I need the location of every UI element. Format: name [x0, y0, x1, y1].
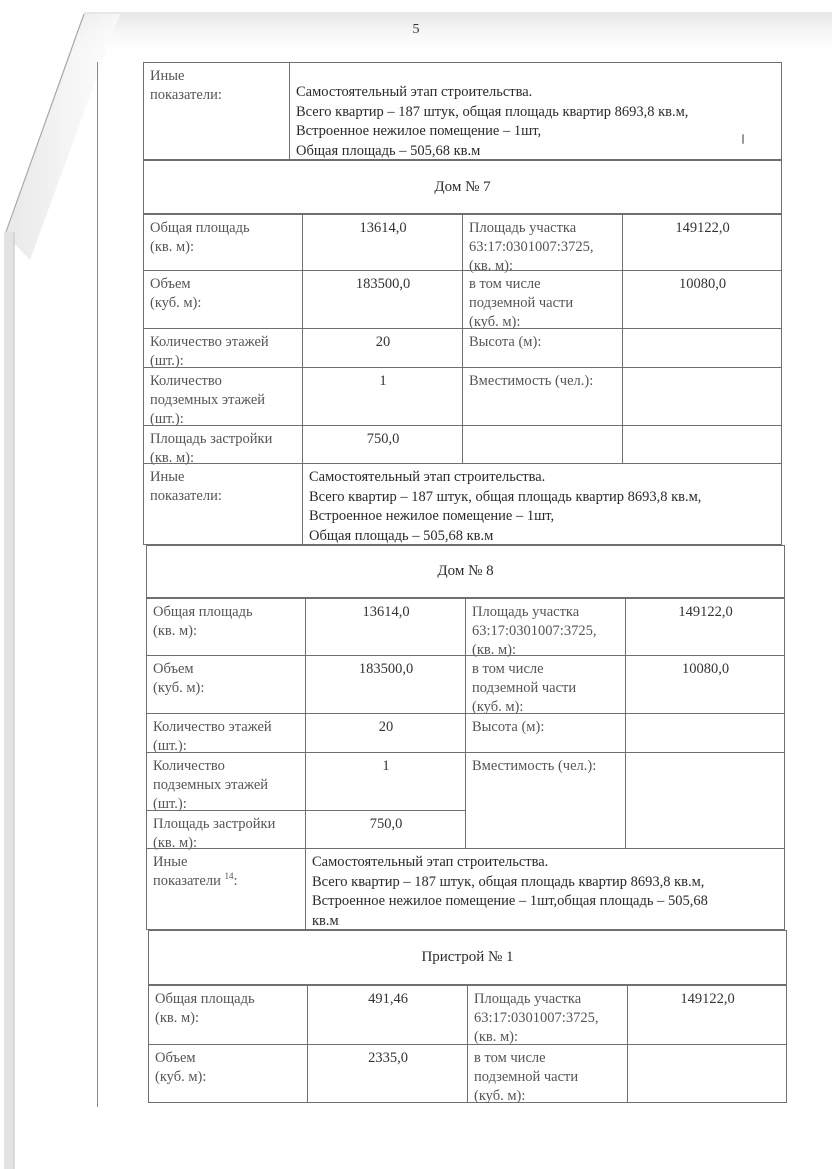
- text-line: Иные: [153, 853, 300, 872]
- plot-area-value: 149122,0: [625, 598, 785, 656]
- table-left-border: [97, 62, 98, 1107]
- text-line: Площадь участка: [472, 603, 620, 622]
- text-line: Количество: [153, 757, 300, 776]
- text-line: Количество этажей: [150, 333, 297, 352]
- underground-volume-label: в том числеподземной части(куб. м):: [462, 270, 623, 329]
- text-line: 63:17:0301007:3725,: [472, 622, 620, 641]
- text-line: Вместимость (чел.):: [472, 757, 620, 776]
- text-line: (куб. м):: [150, 294, 297, 313]
- underground-volume-label: в том числеподземной части(куб. м):: [467, 1044, 628, 1103]
- building-area-label: Площадь застройки(кв. м):: [143, 425, 303, 464]
- total-area-value: 491,46: [307, 985, 468, 1045]
- text-line: Всего квартир – 187 штук, общая площадь …: [309, 488, 776, 508]
- other-indicators-value: Самостоятельный этап строительства.Всего…: [305, 848, 785, 930]
- text-line: Всего квартир – 187 штук, общая площадь …: [312, 873, 779, 893]
- note-line: Всего квартир – 187 штук, общая площадь …: [296, 103, 776, 123]
- plot-area-value: 149122,0: [627, 985, 787, 1045]
- label-text: показатели:: [150, 488, 222, 504]
- height-label: Высота (м):: [462, 328, 623, 368]
- floors-label: Количество этажей(шт.):: [146, 713, 306, 753]
- capacity-label: Вместимость (чел.):: [462, 367, 623, 426]
- text-line: 63:17:0301007:3725,: [469, 238, 617, 257]
- other-indicators-label: Иные показатели:: [143, 62, 290, 160]
- note-line: Общая площадь – 505,68 кв.м: [296, 142, 776, 162]
- section-title: Пристрой № 1: [148, 930, 787, 985]
- underground-volume-label: в том числеподземной части(куб. м):: [465, 655, 626, 714]
- volume-label: Объем(куб. м):: [148, 1044, 308, 1103]
- text-line: Самостоятельный этап строительства.: [309, 468, 776, 488]
- text-line: показатели:: [150, 487, 297, 506]
- capacity-label: Вместимость (чел.):: [465, 752, 626, 849]
- text-line: подземной части: [472, 679, 620, 698]
- floors-label: Количество этажей(шт.):: [143, 328, 303, 368]
- plot-area-value: 149122,0: [622, 214, 782, 271]
- text-line: (куб. м):: [474, 1087, 622, 1106]
- text-line: Объем: [155, 1049, 302, 1068]
- text-line: Самостоятельный этап строительства.: [312, 853, 779, 873]
- text-line: Площадь участка: [474, 990, 622, 1009]
- note-line: Самостоятельный этап строительства.: [296, 83, 776, 103]
- volume-label: Объем(куб. м):: [143, 270, 303, 329]
- text-line: Встроенное нежилое помещение – 1шт,общая…: [312, 892, 779, 912]
- text-line: в том числе: [469, 275, 617, 294]
- note-line: Встроенное нежилое помещение – 1шт,: [296, 122, 776, 142]
- label-text: показатели: [153, 873, 221, 889]
- underground-floors-label: Количествоподземных этажей(шт.):: [146, 752, 306, 811]
- text-line: Количество: [150, 372, 297, 391]
- plot-area-label: Площадь участка63:17:0301007:3725,(кв. м…: [467, 985, 628, 1045]
- text-line: Площадь участка: [469, 219, 617, 238]
- label-line: показатели:: [150, 86, 284, 105]
- other-indicators-label: Иныепоказатели:: [143, 463, 303, 545]
- text-line: Общая площадь – 505,68 кв.м: [309, 527, 776, 547]
- volume-value: 183500,0: [302, 270, 463, 329]
- other-indicators-value: Самостоятельный этап строительства.Всего…: [302, 463, 782, 545]
- underground-volume-value: [627, 1044, 787, 1103]
- text-line: Общая площадь: [155, 990, 302, 1009]
- text-line: Иные: [150, 468, 297, 487]
- text-line: (кв. м):: [155, 1009, 302, 1028]
- capacity-value: [622, 367, 782, 426]
- height-label: Высота (м):: [465, 713, 626, 753]
- text-line: Общая площадь: [150, 219, 297, 238]
- empty-cell: [462, 425, 623, 464]
- empty-cell: [622, 425, 782, 464]
- volume-label: Объем(куб. м):: [146, 655, 306, 714]
- text-line: Объем: [153, 660, 300, 679]
- text-line: 63:17:0301007:3725,: [474, 1009, 622, 1028]
- text-line: (кв. м):: [150, 238, 297, 257]
- text-line: Общая площадь: [153, 603, 300, 622]
- building-area-value: 750,0: [302, 425, 463, 464]
- underground-volume-value: 10080,0: [622, 270, 782, 329]
- other-indicators-value: Самостоятельный этап строительства. Всег…: [289, 62, 782, 160]
- volume-value: 2335,0: [307, 1044, 468, 1103]
- text-line: Количество этажей: [153, 718, 300, 737]
- section-title: Дом № 7: [143, 160, 782, 214]
- total-area-label: Общая площадь(кв. м):: [148, 985, 308, 1045]
- underground-floors-label: Количествоподземных этажей(шт.):: [143, 367, 303, 426]
- text-line: Объем: [150, 275, 297, 294]
- plot-area-label: Площадь участка63:17:0301007:3725,(кв. м…: [462, 214, 623, 271]
- other-indicators-label: Иныепоказатели 14:: [146, 848, 306, 930]
- text-line: кв.м: [312, 912, 779, 932]
- floors-value: 20: [302, 328, 463, 368]
- text-line: Вместимость (чел.):: [469, 372, 617, 391]
- text-line: показатели 14:: [153, 872, 300, 891]
- total-area-label: Общая площадь(кв. м):: [146, 598, 306, 656]
- text-line: подземных этажей: [153, 776, 300, 795]
- height-value: [625, 713, 785, 753]
- text-line: Площадь застройки: [150, 430, 297, 449]
- floors-value: 20: [305, 713, 466, 753]
- text-line: Встроенное нежилое помещение – 1шт,: [309, 507, 776, 527]
- text-line: (куб. м):: [155, 1068, 302, 1087]
- capacity-value: [625, 752, 785, 849]
- text-line: Площадь застройки: [153, 815, 300, 834]
- text-line: (кв. м):: [153, 622, 300, 641]
- height-value: [622, 328, 782, 368]
- plot-area-label: Площадь участка63:17:0301007:3725,(кв. м…: [465, 598, 626, 656]
- total-area-value: 13614,0: [305, 598, 466, 656]
- underground-floors-value: 1: [305, 752, 466, 811]
- building-area-value: 750,0: [305, 810, 466, 849]
- text-line: (куб. м):: [153, 679, 300, 698]
- text-line: подземной части: [474, 1068, 622, 1087]
- total-area-label: Общая площадь(кв. м):: [143, 214, 303, 271]
- total-area-value: 13614,0: [302, 214, 463, 271]
- label-suffix: :: [233, 873, 237, 889]
- page-number: 5: [0, 22, 832, 38]
- text-line: в том числе: [474, 1049, 622, 1068]
- volume-value: 183500,0: [305, 655, 466, 714]
- underground-volume-value: 10080,0: [625, 655, 785, 714]
- text-line: в том числе: [472, 660, 620, 679]
- underground-floors-value: 1: [302, 367, 463, 426]
- section-title: Дом № 8: [146, 545, 785, 598]
- text-line: подземных этажей: [150, 391, 297, 410]
- text-line: подземной части: [469, 294, 617, 313]
- label-line: Иные: [150, 67, 284, 86]
- text-line: Высота (м):: [472, 718, 620, 737]
- building-area-label: Площадь застройки(кв. м):: [146, 810, 306, 849]
- text-line: Высота (м):: [469, 333, 617, 352]
